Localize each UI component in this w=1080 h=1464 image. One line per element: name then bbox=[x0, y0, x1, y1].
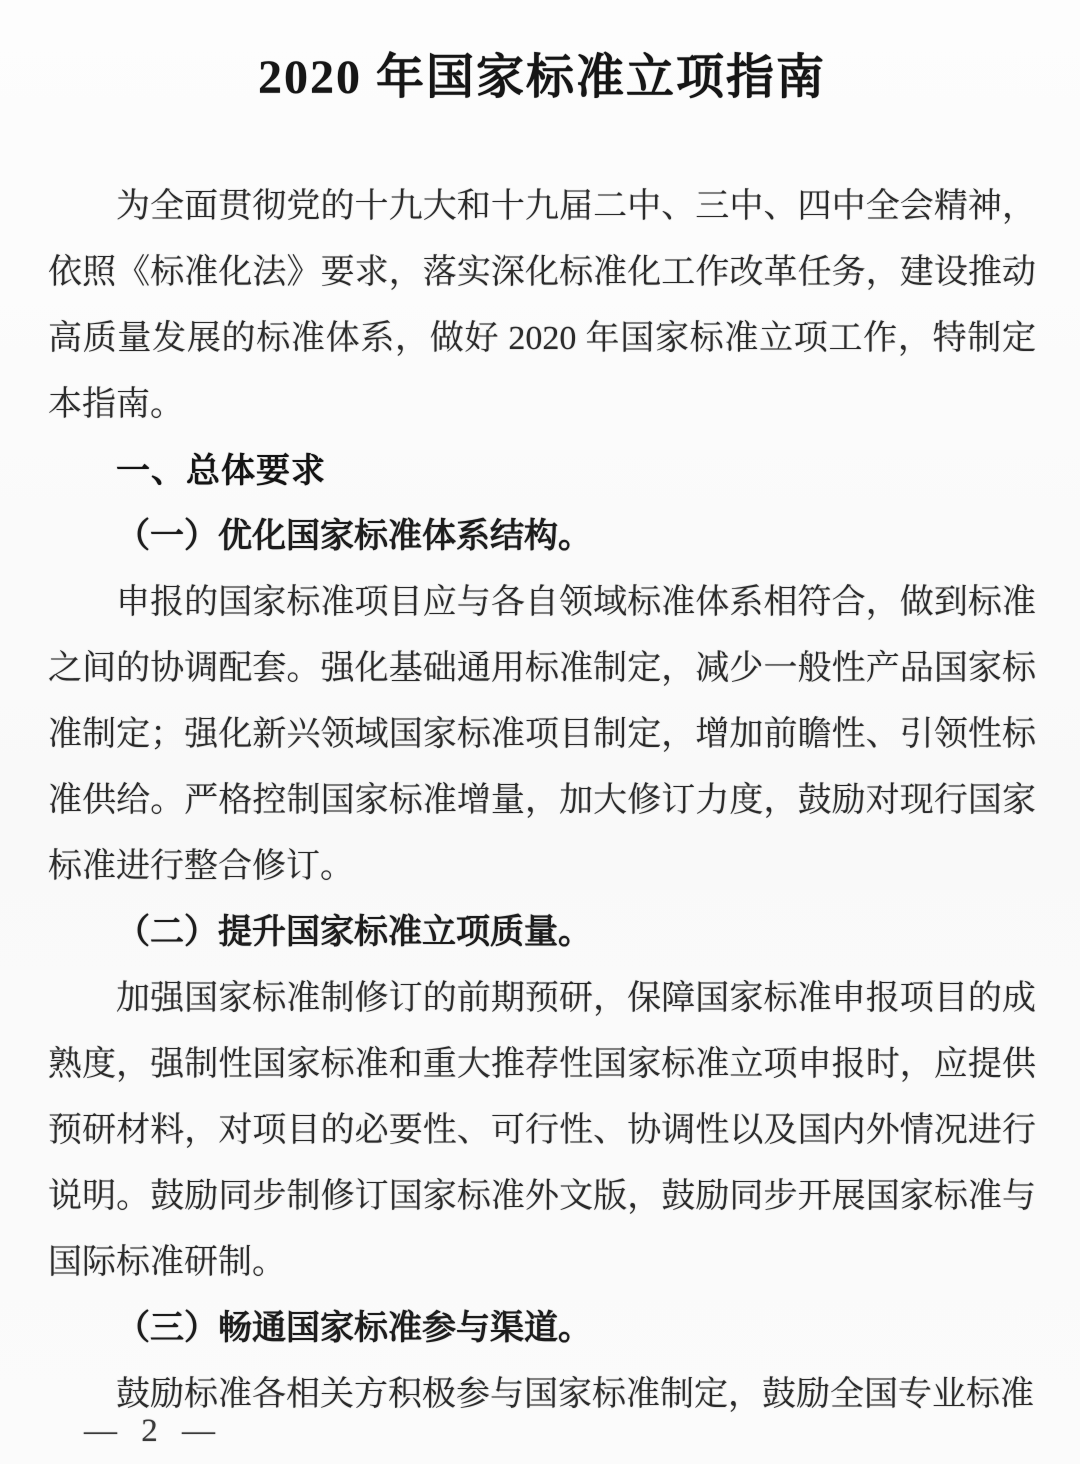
page-number: — 2 — bbox=[84, 1413, 223, 1450]
document-title: 2020 年国家标准立项指南 bbox=[48, 48, 1036, 108]
document-body: 为全面贯彻党的十九大和十九届二中、三中、四中全会精神，依照《标准化法》要求，落实… bbox=[48, 174, 1036, 1428]
body-paragraph-1: 申报的国家标准项目应与各自领域标准体系相符合，做到标准之间的协调配套。强化基础通… bbox=[48, 570, 1036, 900]
subsection-heading-3: （三）畅通国家标准参与渠道。 bbox=[48, 1296, 1036, 1362]
subsection-heading-2: （二）提升国家标准立项质量。 bbox=[48, 900, 1036, 966]
body-paragraph-2: 加强国家标准制修订的前期预研，保障国家标准申报项目的成熟度，强制性国家标准和重大… bbox=[48, 966, 1036, 1296]
scanned-document-page: 2020 年国家标准立项指南 为全面贯彻党的十九大和十九届二中、三中、四中全会精… bbox=[0, 0, 1080, 1464]
subsection-heading-1: （一）优化国家标准体系结构。 bbox=[48, 504, 1036, 570]
section-heading-general-requirements: 一、总体要求 bbox=[48, 438, 1036, 504]
intro-paragraph: 为全面贯彻党的十九大和十九届二中、三中、四中全会精神，依照《标准化法》要求，落实… bbox=[48, 174, 1036, 438]
